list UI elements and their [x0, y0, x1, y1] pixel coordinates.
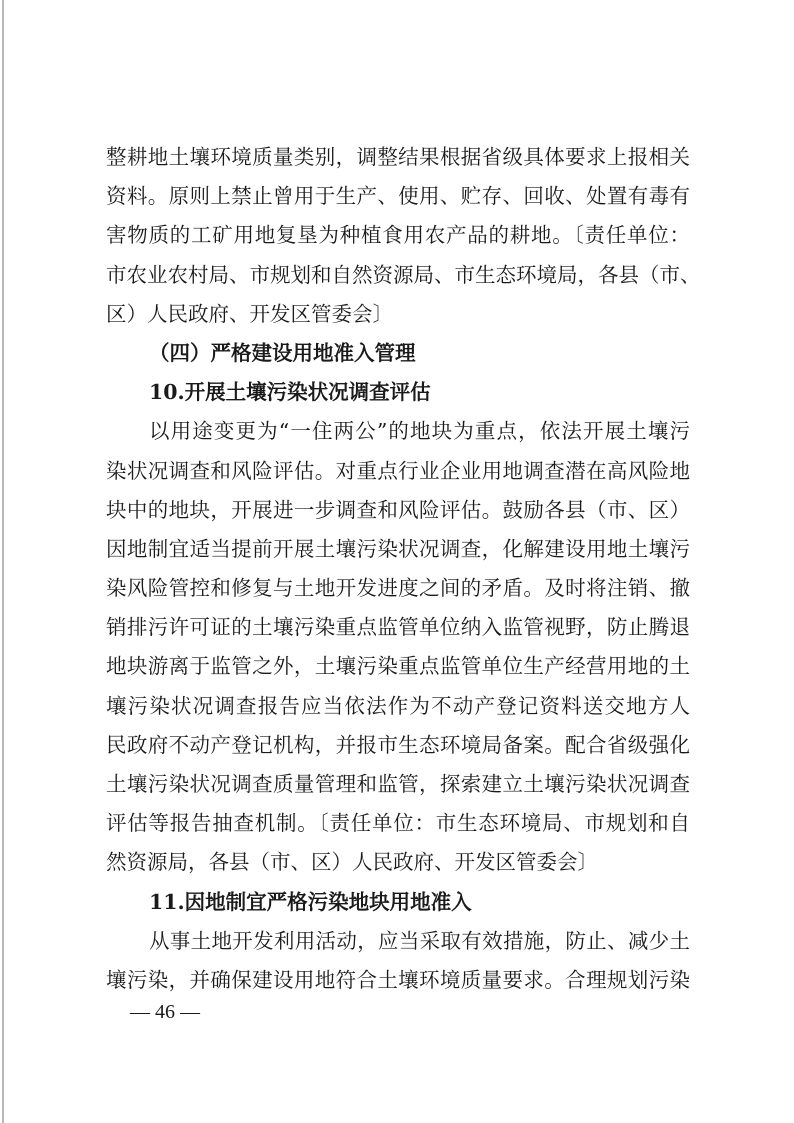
body-line: 块中的地块，开展进一步调查和风险评估。鼓励各县（市、区）	[106, 491, 690, 530]
body-line: 评估等报告抽查机制。〔责任单位：市生态环境局、市规划和自	[106, 804, 690, 843]
body-line: 害物质的工矿用地复垦为种植食用农产品的耕地。〔责任单位：	[106, 216, 690, 255]
scan-edge-line	[2, 0, 4, 1123]
body-line: 市农业农村局、市规划和自然资源局、市生态环境局，各县（市、	[106, 256, 690, 295]
body-line: 壤污染状况调查报告应当依法作为不动产登记资料送交地方人	[106, 687, 690, 726]
body-line: 壤污染，并确保建设用地符合土壤环境质量要求。合理规划污染	[106, 961, 690, 1000]
page-number: — 46 —	[130, 1001, 200, 1024]
section-heading: （四）严格建设用地准入管理	[106, 334, 690, 373]
body-line: 以用途变更为“一住两公”的地块为重点，依法开展土壤污	[106, 412, 690, 451]
subsection-heading: 11.因地制宜严格污染地块用地准入	[106, 883, 690, 922]
document-page: 整耕地土壤环境质量类别，调整结果根据省级具体要求上报相关 资料。原则上禁止曾用于…	[106, 138, 690, 1000]
body-line: 地块游离于监管之外，土壤污染重点监管单位生产经营用地的土	[106, 647, 690, 686]
body-line: 销排污许可证的土壤污染重点监管单位纳入监管视野，防止腾退	[106, 608, 690, 647]
subsection-heading: 10.开展土壤污染状况调查评估	[106, 373, 690, 412]
body-line: 染风险管控和修复与土地开发进度之间的矛盾。及时将注销、撤	[106, 569, 690, 608]
body-line: 区）人民政府、开发区管委会〕	[106, 295, 690, 334]
body-line: 因地制宜适当提前开展土壤污染状况调查，化解建设用地土壤污	[106, 530, 690, 569]
body-line: 资料。原则上禁止曾用于生产、使用、贮存、回收、处置有毒有	[106, 177, 690, 216]
body-line: 土壤污染状况调查质量管理和监管，探索建立土壤污染状况调查	[106, 765, 690, 804]
body-line: 染状况调查和风险评估。对重点行业企业用地调查潜在高风险地	[106, 452, 690, 491]
body-line: 从事土地开发利用活动，应当采取有效措施，防止、减少土	[106, 922, 690, 961]
body-line: 民政府不动产登记机构，并报市生态环境局备案。配合省级强化	[106, 726, 690, 765]
body-line: 整耕地土壤环境质量类别，调整结果根据省级具体要求上报相关	[106, 138, 690, 177]
body-line: 然资源局，各县（市、区）人民政府、开发区管委会〕	[106, 843, 690, 882]
